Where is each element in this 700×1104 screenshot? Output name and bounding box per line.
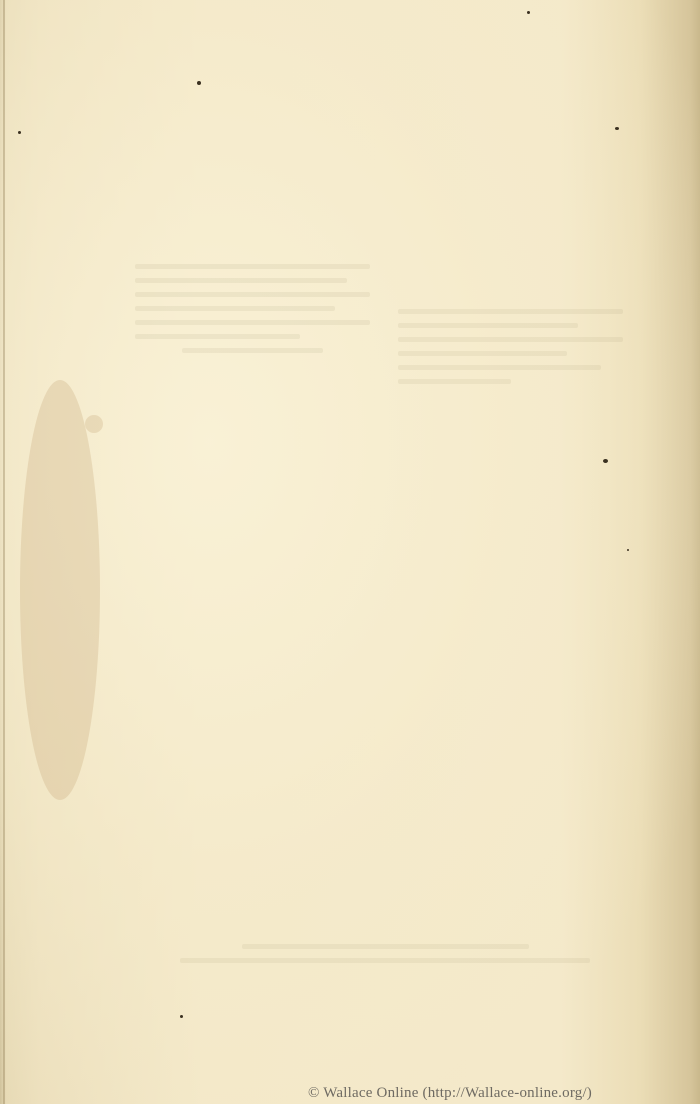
speck: [627, 549, 629, 551]
page-edge-spine: [3, 0, 5, 1104]
speck: [197, 81, 201, 85]
speck: [18, 131, 21, 134]
speck: [615, 127, 619, 130]
scanned-page: © Wallace Online (http://Wallace-online.…: [0, 0, 700, 1104]
copyright-watermark: © Wallace Online (http://Wallace-online.…: [308, 1085, 592, 1102]
bleed-through-left-column: [135, 255, 370, 362]
foxing-stain: [20, 380, 100, 800]
speck: [527, 11, 530, 14]
speck: [180, 1015, 183, 1018]
foxing-stain: [85, 415, 103, 433]
bleed-through-bottom: [180, 935, 590, 972]
speck: [603, 459, 608, 463]
bleed-through-right-column: [398, 300, 623, 393]
